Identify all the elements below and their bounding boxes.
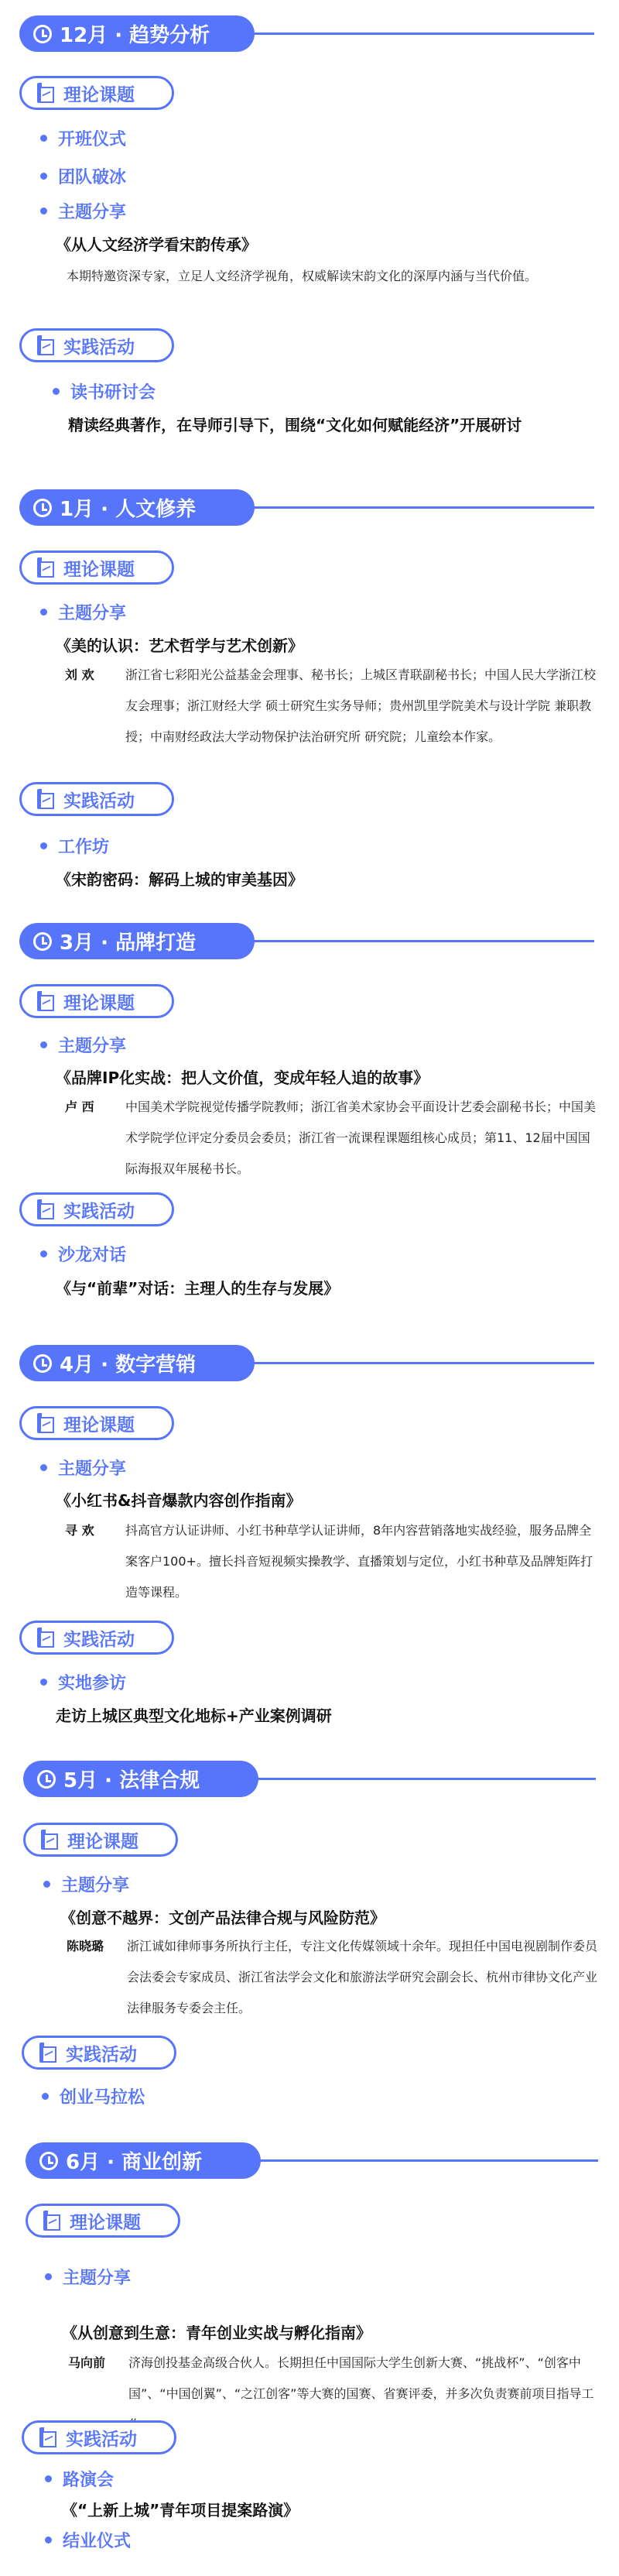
speaker-row: 陈晓璐 浙江诚如律师事务所执行主任，专注文化传媒领域十余年。现担任中国电视剧制作…: [67, 1931, 608, 2024]
category-practice: 实践活动: [19, 1621, 174, 1655]
divider-line: [251, 506, 594, 509]
chart-board-icon: [37, 557, 54, 578]
divider-line: [258, 2159, 598, 2162]
list-item: 实地参访: [40, 1670, 126, 1693]
list-item: 路演会: [45, 2467, 114, 2490]
clock-icon: [33, 499, 52, 517]
clock-icon: [33, 932, 52, 951]
chart-board-icon: [37, 1628, 54, 1648]
clock-icon: [37, 1770, 56, 1789]
talk-description: 本期特邀资深专家，立足人文经济学视角，权威解读宋韵文化的深厚内涵与当代价值。: [67, 261, 562, 292]
category-label: 实践活动: [63, 787, 135, 812]
month-label: 4月 · 数字营销: [60, 1349, 196, 1377]
category-label: 实践活动: [66, 2425, 137, 2451]
bullet-dot-icon: [40, 609, 47, 616]
category-theory: 理论课题: [23, 1823, 178, 1857]
category-label: 实践活动: [63, 1197, 135, 1223]
speaker-name: 卢 西: [65, 1092, 125, 1185]
activity-detail: 《“上新上城”青年项目提案路演》: [62, 2498, 299, 2520]
bullet-dot-icon: [53, 388, 60, 395]
divider-line: [255, 1778, 596, 1780]
list-item: 沙龙对话: [40, 1242, 126, 1265]
talk-title: 《美的认识：艺术哲学与艺术创新》: [56, 633, 303, 656]
bullet-dot-icon: [40, 1464, 47, 1471]
chart-board-icon: [37, 1199, 54, 1219]
clock-icon: [39, 2152, 58, 2170]
list-item: 主题分享: [45, 2265, 131, 2288]
speaker-name: 陈晓璐: [67, 1931, 127, 2024]
month-label: 5月 · 法律合规: [63, 1765, 200, 1793]
chart-board-icon: [37, 991, 54, 1011]
category-practice: 实践活动: [19, 328, 174, 362]
bullet-dot-icon: [45, 2537, 52, 2543]
bullet-dot-icon: [40, 173, 47, 180]
list-item: 主题分享: [40, 1456, 126, 1479]
chart-board-icon: [37, 83, 54, 103]
list-item: 结业仪式: [45, 2528, 131, 2551]
month-label: 12月 · 趋势分析: [60, 19, 210, 48]
month-pill: 3月 · 品牌打造: [19, 923, 255, 959]
category-practice: 实践活动: [22, 2420, 176, 2454]
chart-board-icon: [37, 789, 54, 809]
speaker-name: 寻 欢: [65, 1515, 125, 1608]
category-label: 理论课题: [63, 81, 135, 106]
bullet-dot-icon: [42, 2093, 49, 2100]
speaker-bio: 济海创投基金高级合伙人。长期担任中国国际大学生创新大赛、“挑战杯”、“创客中国”…: [128, 2348, 600, 2441]
category-label: 实践活动: [63, 1625, 135, 1651]
activity-detail: 《与“前辈”对话：主理人的生存与发展》: [56, 1276, 339, 1298]
month-label: 6月 · 商业创新: [66, 2146, 202, 2175]
category-label: 理论课题: [70, 2208, 141, 2234]
month-header-apr: 4月 · 数字营销: [19, 1345, 594, 1381]
month-header-may: 5月 · 法律合规: [23, 1761, 596, 1797]
divider-line: [251, 33, 594, 35]
month-pill: 4月 · 数字营销: [19, 1345, 255, 1381]
category-practice: 实践活动: [22, 2036, 176, 2070]
list-item: 读书研讨会: [53, 379, 156, 403]
list-item: 团队破冰: [40, 164, 126, 187]
category-label: 实践活动: [63, 333, 135, 358]
list-item: 主题分享: [40, 600, 126, 623]
chart-board-icon: [39, 2043, 56, 2063]
chart-board-icon: [37, 335, 54, 355]
month-header-jun: 6月 · 商业创新: [26, 2142, 598, 2179]
bullet-dot-icon: [40, 842, 47, 849]
chart-board-icon: [37, 1413, 54, 1433]
speaker-row: 寻 欢 抖高官方认证讲师、小红书种草学认证讲师，8年内容营销落地实战经验，服务品…: [65, 1515, 607, 1608]
month-header-dec: 12月 · 趋势分析: [19, 15, 594, 52]
bullet-dot-icon: [40, 1041, 47, 1048]
speaker-row: 卢 西 中国美术学院视觉传播学院教师；浙江省美术家协会平面设计艺委会副秘书长；中…: [65, 1092, 607, 1185]
month-header-jan: 1月 · 人文修养: [19, 489, 594, 526]
month-label: 3月 · 品牌打造: [60, 927, 196, 955]
speaker-bio: 浙江诚如律师事务所执行主任，专注文化传媒领域十余年。现担任中国电视剧制作委员会法…: [127, 1931, 599, 2024]
list-item: 创业马拉松: [42, 2084, 145, 2108]
chart-board-icon: [43, 2211, 60, 2231]
activity-detail: 《宋韵密码：解码上城的审美基因》: [56, 867, 303, 890]
month-pill: 6月 · 商业创新: [26, 2142, 261, 2179]
category-theory: 理论课题: [26, 2204, 180, 2238]
talk-title: 《小红书&抖音爆款内容创作指南》: [56, 1488, 301, 1511]
bullet-dot-icon: [45, 2475, 52, 2482]
chart-board-icon: [41, 1830, 58, 1850]
speaker-bio: 中国美术学院视觉传播学院教师；浙江省美术家协会平面设计艺委会副秘书长；中国美术学…: [125, 1092, 597, 1185]
talk-title: 《品牌IP化实战：把人文价值，变成年轻人追的故事》: [56, 1065, 429, 1088]
activity-detail: 走访上城区典型文化地标+产业案例调研: [56, 1703, 332, 1726]
clock-icon: [33, 1354, 52, 1373]
list-item: 主题分享: [40, 199, 126, 222]
bullet-dot-icon: [40, 208, 47, 214]
category-practice: 实践活动: [19, 782, 174, 816]
list-item: 工作坊: [40, 834, 109, 857]
month-label: 1月 · 人文修养: [60, 493, 196, 522]
speaker-bio: 抖高官方认证讲师、小红书种草学认证讲师，8年内容营销落地实战经验，服务品牌全案客…: [125, 1515, 597, 1608]
category-label: 理论课题: [63, 989, 135, 1014]
speaker-name: 刘 欢: [65, 660, 125, 753]
list-item: 主题分享: [40, 1033, 126, 1056]
category-label: 理论课题: [63, 1411, 135, 1436]
activity-detail: 精读经典著作，在导师引导下，围绕“文化如何赋能经济”开展研讨: [68, 413, 522, 435]
bullet-dot-icon: [40, 1250, 47, 1257]
category-theory: 理论课题: [19, 984, 174, 1018]
category-theory: 理论课题: [19, 551, 174, 585]
divider-line: [251, 1362, 594, 1364]
bullet-dot-icon: [43, 1881, 50, 1888]
month-pill: 5月 · 法律合规: [23, 1761, 258, 1797]
category-practice: 实践活动: [19, 1192, 174, 1226]
month-header-mar: 3月 · 品牌打造: [19, 923, 594, 959]
clock-icon: [33, 25, 52, 43]
month-pill: 1月 · 人文修养: [19, 489, 255, 526]
category-label: 理论课题: [67, 1827, 139, 1853]
bullet-dot-icon: [40, 135, 47, 142]
talk-title: 《从创意到生意：青年创业实战与孵化指南》: [62, 2320, 371, 2343]
list-item: 开班仪式: [40, 126, 126, 149]
month-pill: 12月 · 趋势分析: [19, 15, 255, 52]
category-theory: 理论课题: [19, 76, 174, 110]
bullet-dot-icon: [40, 1679, 47, 1686]
bullet-dot-icon: [45, 2273, 52, 2280]
talk-title: 《从人文经济学看宋韵传承》: [56, 232, 257, 255]
talk-title: 《创意不越界：文创产品法律合规与风险防范》: [60, 1905, 385, 1928]
category-theory: 理论课题: [19, 1406, 174, 1440]
speaker-bio: 浙江省七彩阳光公益基金会理事、秘书长；上城区青联副秘书长；中国人民大学浙江校友会…: [125, 660, 597, 753]
speaker-row: 刘 欢 浙江省七彩阳光公益基金会理事、秘书长；上城区青联副秘书长；中国人民大学浙…: [65, 660, 607, 753]
list-item: 主题分享: [43, 1872, 129, 1895]
category-label: 理论课题: [63, 555, 135, 581]
chart-board-icon: [39, 2427, 56, 2447]
category-label: 实践活动: [66, 2040, 137, 2066]
divider-line: [251, 940, 594, 942]
